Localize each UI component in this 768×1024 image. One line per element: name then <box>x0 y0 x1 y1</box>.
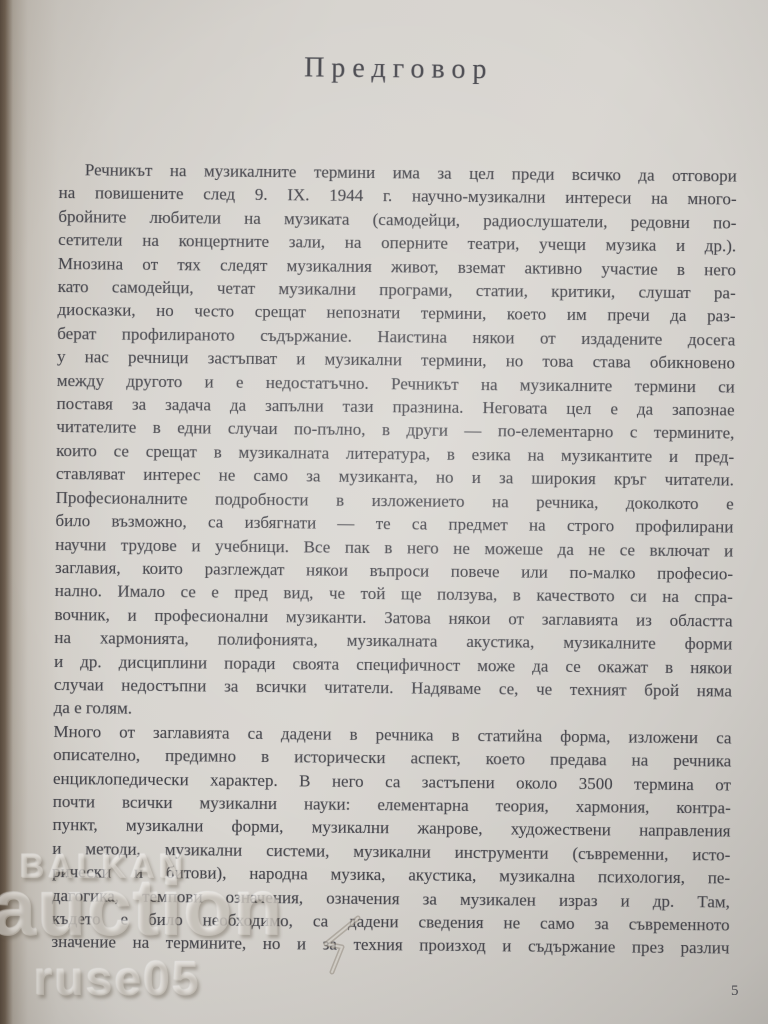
page-content: Предговор Речникът на музикалните термин… <box>51 50 738 960</box>
watermark-ruse05: ruse05 <box>34 952 201 1007</box>
body-text: Речникът на музикалните термини има за ц… <box>51 158 737 960</box>
book-page-photo: Предговор Речникът на музикалните термин… <box>0 0 768 1024</box>
page-title: Предговор <box>60 50 738 89</box>
page-number: 5 <box>731 983 739 1000</box>
